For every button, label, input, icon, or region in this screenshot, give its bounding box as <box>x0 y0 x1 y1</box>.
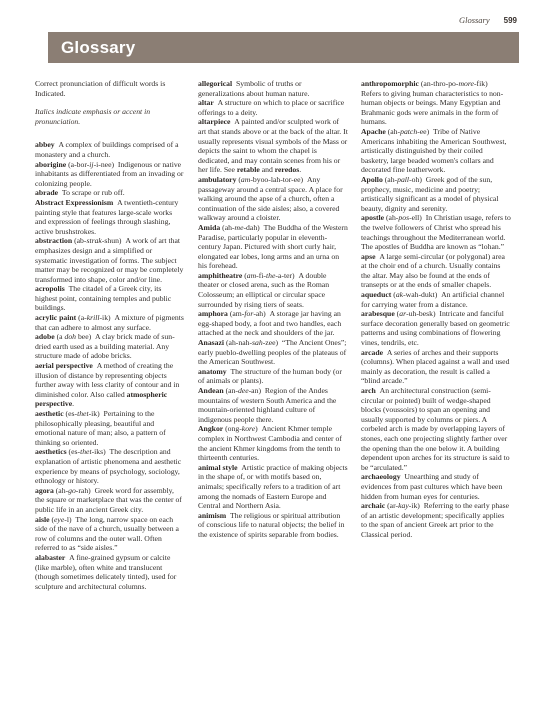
glossary-entry: abrade To scrape or rub off. <box>35 188 185 198</box>
glossary-entry: adobe (a doh bee) A clay brick made of s… <box>35 332 185 361</box>
glossary-term: aqueduct <box>361 290 391 299</box>
glossary-term: alabaster <box>35 553 65 562</box>
glossary-entry: Andean (an-dee-an) Region of the Andes m… <box>198 386 348 424</box>
glossary-entry: allegorical Symbolic of truths or genera… <box>198 79 348 98</box>
pronunciation: (ah-pall-oh) <box>385 175 422 184</box>
glossary-entry: Apache (ah-patch-ee) Tribe of Native Ame… <box>361 127 511 175</box>
pronunciation: (ar-kay-ik) <box>387 501 420 510</box>
glossary-term: animism <box>198 511 226 520</box>
glossary-term: arcade <box>361 348 383 357</box>
pronunciation: (an-thro-po-more-fik) <box>421 79 488 88</box>
pronunciation: (am-byoo-lah-tor-ee) <box>238 175 303 184</box>
glossary-entry: Apollo (ah-pall-oh) Greek god of the sun… <box>361 175 511 213</box>
pronunciation: (es-thet-iks) <box>69 447 106 456</box>
glossary-term: Apollo <box>361 175 383 184</box>
pronunciation: (ar-uh-besk) <box>397 309 436 318</box>
italics-note: Italics indicate emphasis or accent in p… <box>35 107 185 126</box>
definition: The Buddha of the Western Paradise, part… <box>198 223 348 270</box>
glossary-entry: anthropomorphic (an-thro-po-more-fik) Re… <box>361 79 511 127</box>
glossary-term: aisle <box>35 515 50 524</box>
definition: Refers to giving human characteristics t… <box>361 89 503 127</box>
glossary-term: agora <box>35 486 54 495</box>
glossary-term: abstraction <box>35 236 72 245</box>
glossary-term: Andean <box>198 386 224 395</box>
glossary-entry: aesthetic (es-thet-ik) Pertaining to the… <box>35 409 185 447</box>
glossary-column-3: anthropomorphic (an-thro-po-more-fik) Re… <box>361 79 511 591</box>
pronunciation: (ah-pos-ell) <box>386 213 422 222</box>
definition: A series of arches and their supports (c… <box>361 348 509 386</box>
pronunciation: (an-dee-an) <box>226 386 261 395</box>
glossary-entry: amphitheatre (am-fi-the-a-ter) A double … <box>198 271 348 309</box>
glossary-entry: acropolis The citadel of a Greek city, i… <box>35 284 185 313</box>
glossary-term: Anasazi <box>198 338 224 347</box>
definition: To scrape or rub off. <box>62 188 125 197</box>
glossary-entry: archaic (ar-kay-ik) Referring to the ear… <box>361 501 511 539</box>
glossary-term: ambulatory <box>198 175 236 184</box>
glossary-term: aesthetic <box>35 409 64 418</box>
glossary-term: abrade <box>35 188 58 197</box>
pronunciation: (ah-go-rah) <box>56 486 91 495</box>
glossary-column-1: Correct pronunciation of difficult words… <box>35 79 185 591</box>
glossary-entry: animal style Artistic practice of making… <box>198 463 348 511</box>
page-banner: Glossary <box>48 32 519 63</box>
glossary-term: altar <box>198 98 214 107</box>
glossary-entry: apse A large semi-circular (or polygonal… <box>361 252 511 290</box>
definition: A structure on which to place or sacrifi… <box>198 98 344 117</box>
glossary-entry: aerial perspective A method of creating … <box>35 361 185 409</box>
pronunciation: (ak-wah-dukt) <box>393 290 437 299</box>
glossary-term: altarpiece <box>198 117 230 126</box>
glossary-columns: Correct pronunciation of difficult words… <box>35 79 512 591</box>
glossary-term: Amida <box>198 223 220 232</box>
glossary-entry: aisle (eye-l) The long, narrow space on … <box>35 515 185 553</box>
pronunciation-note: Correct pronunciation of difficult words… <box>35 79 185 98</box>
glossary-term: apse <box>361 252 376 261</box>
glossary-term: aerial perspective <box>35 361 93 370</box>
glossary-term: abbey <box>35 140 55 149</box>
glossary-entry: apostle (ah-pos-ell) In Christian usage,… <box>361 213 511 251</box>
running-head-title: Glossary <box>459 15 490 25</box>
glossary-entry: anatomy The structure of the human body … <box>198 367 348 386</box>
glossary-term: archaic <box>361 501 385 510</box>
glossary-term: archaeology <box>361 472 401 481</box>
glossary-entry: ambulatory (am-byoo-lah-tor-ee) Any pass… <box>198 175 348 223</box>
glossary-term: apostle <box>361 213 384 222</box>
definition: A complex of buildings comprised of a mo… <box>35 140 179 159</box>
glossary-entry: aborigine (a-bor-ij-i-nee) Indigenous or… <box>35 160 185 189</box>
glossary-term: arch <box>361 386 376 395</box>
pronunciation: (a-krill-ik) <box>78 313 110 322</box>
glossary-term: Abstract Expressionism <box>35 198 113 207</box>
definition: A large semi-circular (or polygonal) are… <box>361 252 505 290</box>
pronunciation: (am-for-ah) <box>230 309 266 318</box>
glossary-entry: agora (ah-go-rah) Greek word for assembl… <box>35 486 185 515</box>
glossary-term: amphora <box>198 309 228 318</box>
glossary-term: adobe <box>35 332 55 341</box>
pronunciation: (ah-patch-ee) <box>388 127 429 136</box>
pronunciation: (ong-kore) <box>225 424 258 433</box>
pronunciation: (es-thet-ik) <box>66 409 100 418</box>
glossary-entry: abstraction (ab-strak-shun) A work of ar… <box>35 236 185 284</box>
glossary-entry: animism The religious or spiritual attri… <box>198 511 348 540</box>
pronunciation: (ah-me-dah) <box>222 223 260 232</box>
glossary-entry: aqueduct (ak-wah-dukt) An artificial cha… <box>361 290 511 309</box>
pronunciation: (am-fi-the-a-ter) <box>244 271 294 280</box>
glossary-entry: arch An architectural construction (semi… <box>361 386 511 472</box>
column-2-entries: allegorical Symbolic of truths or genera… <box>198 79 348 540</box>
page-number: 599 <box>504 16 517 25</box>
pronunciation: (a-bor-ij-i-nee) <box>68 160 114 169</box>
glossary-term: anatomy <box>198 367 227 376</box>
glossary-entry: alabaster A fine-grained gypsum or calci… <box>35 553 185 591</box>
glossary-entry: aesthetics (es-thet-iks) The description… <box>35 447 185 485</box>
glossary-entry: archaeology Unearthing and study of evid… <box>361 472 511 501</box>
glossary-term: allegorical <box>198 79 232 88</box>
glossary-entry: amphora (am-for-ah) A storage jar having… <box>198 309 348 338</box>
glossary-term: aesthetics <box>35 447 67 456</box>
glossary-term: Angkor <box>198 424 223 433</box>
glossary-entry: abbey A complex of buildings comprised o… <box>35 140 185 159</box>
pronunciation: (a doh bee) <box>57 332 92 341</box>
glossary-term: animal style <box>198 463 238 472</box>
glossary-entry: acrylic paint (a-krill-ik) A mixture of … <box>35 313 185 332</box>
glossary-entry: arcade A series of arches and their supp… <box>361 348 511 386</box>
definition: In Christian usage, refers to the twelve… <box>361 213 511 251</box>
running-head: Glossary 599 <box>459 15 517 25</box>
glossary-entry: Abstract Expressionism A twentieth-centu… <box>35 198 185 236</box>
column-3-entries: anthropomorphic (an-thro-po-more-fik) Re… <box>361 79 511 540</box>
glossary-term: arabesque <box>361 309 395 318</box>
glossary-term: acropolis <box>35 284 65 293</box>
column-1-entries: abbey A complex of buildings comprised o… <box>35 140 185 591</box>
definition: An architectural construction (semi-circ… <box>361 386 510 472</box>
glossary-term: anthropomorphic <box>361 79 419 88</box>
pronunciation: (ab-strak-shun) <box>74 236 121 245</box>
glossary-column-2: allegorical Symbolic of truths or genera… <box>198 79 348 591</box>
glossary-term: amphitheatre <box>198 271 242 280</box>
glossary-entry: arabesque (ar-uh-besk) Intricate and fan… <box>361 309 511 347</box>
page-title: Glossary <box>48 32 519 58</box>
glossary-entry: altarpiece A painted and/or sculpted wor… <box>198 117 348 175</box>
pronunciation: (ah-nah-sah-zee) <box>226 338 278 347</box>
glossary-term: acrylic paint <box>35 313 76 322</box>
glossary-entry: altar A structure on which to place or s… <box>198 98 348 117</box>
glossary-entry: Anasazi (ah-nah-sah-zee) “The Ancient On… <box>198 338 348 367</box>
pronunciation: (eye-l) <box>51 515 71 524</box>
glossary-term: aborigine <box>35 160 66 169</box>
glossary-term: Apache <box>361 127 386 136</box>
glossary-entry: Amida (ah-me-dah) The Buddha of the West… <box>198 223 348 271</box>
glossary-entry: Angkor (ong-kore) Ancient Khmer temple c… <box>198 424 348 462</box>
